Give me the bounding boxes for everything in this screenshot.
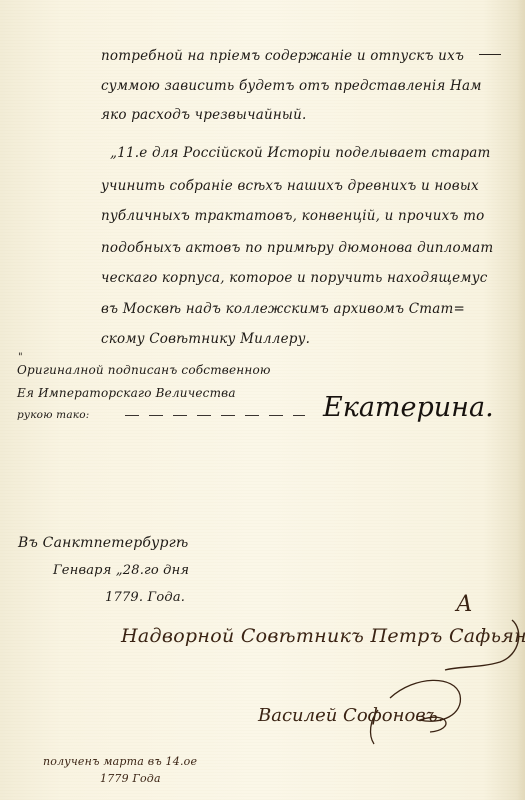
body-line-10: скому Совѣтнику Миллеру. (101, 331, 310, 347)
body-line-2: суммою зависить будетъ отъ представленія… (101, 78, 482, 94)
manuscript-page: потребной на пріемъ содержаніе и отпускъ… (0, 0, 525, 800)
attestation-line-3: рукою тако: (17, 409, 90, 421)
receipt-note-line-2: 1779 Года (100, 772, 161, 785)
body-line-3: яко расходъ чрезвычайный. (101, 107, 307, 123)
body-line-6: публичныхъ трактатовъ, конвенцій, и проч… (101, 208, 484, 224)
body-line-7: подобныхъ актовъ по примѣру дюмонова дип… (101, 240, 493, 256)
body-line-1: потребной на пріемъ содержаніе и отпускъ… (101, 48, 464, 64)
page-edge (517, 0, 525, 800)
signature-safyaninov: Надворной Совѣтникъ Петръ Сафьяниновъ (121, 625, 525, 647)
signature-ekaterina: Екатерина. (323, 392, 494, 423)
year-line: 1779. Года. (105, 590, 185, 605)
body-line-8: ческаго корпуса, которое и поручить нахо… (101, 270, 488, 286)
place-line: Въ Санктпетербургѣ (18, 535, 188, 551)
body-line-4: „11.е для Россійской Исторіи поделывает … (110, 145, 490, 161)
signature-sofonov: Василей Софоновъ. (258, 705, 443, 726)
signature-dashes (125, 415, 305, 416)
body-line-5: учинить собраніе всѣхъ нашихъ древнихъ и… (101, 178, 479, 194)
quote-mark: " (18, 352, 23, 363)
attestation-line-1: Оригиналной подписанъ собственною (17, 363, 271, 377)
attestation-line-2: Ея Императорскаго Величества (17, 386, 236, 400)
day-line: Генваря „28.го дня (53, 563, 189, 578)
signature-flourish-initial: А (456, 592, 473, 617)
underline-mark (479, 54, 501, 55)
body-line-9: въ Москвѣ надъ коллежскимъ архивомъ Стат… (101, 301, 465, 317)
receipt-note-line-1: полученъ марта въ 14.ое (43, 755, 197, 768)
